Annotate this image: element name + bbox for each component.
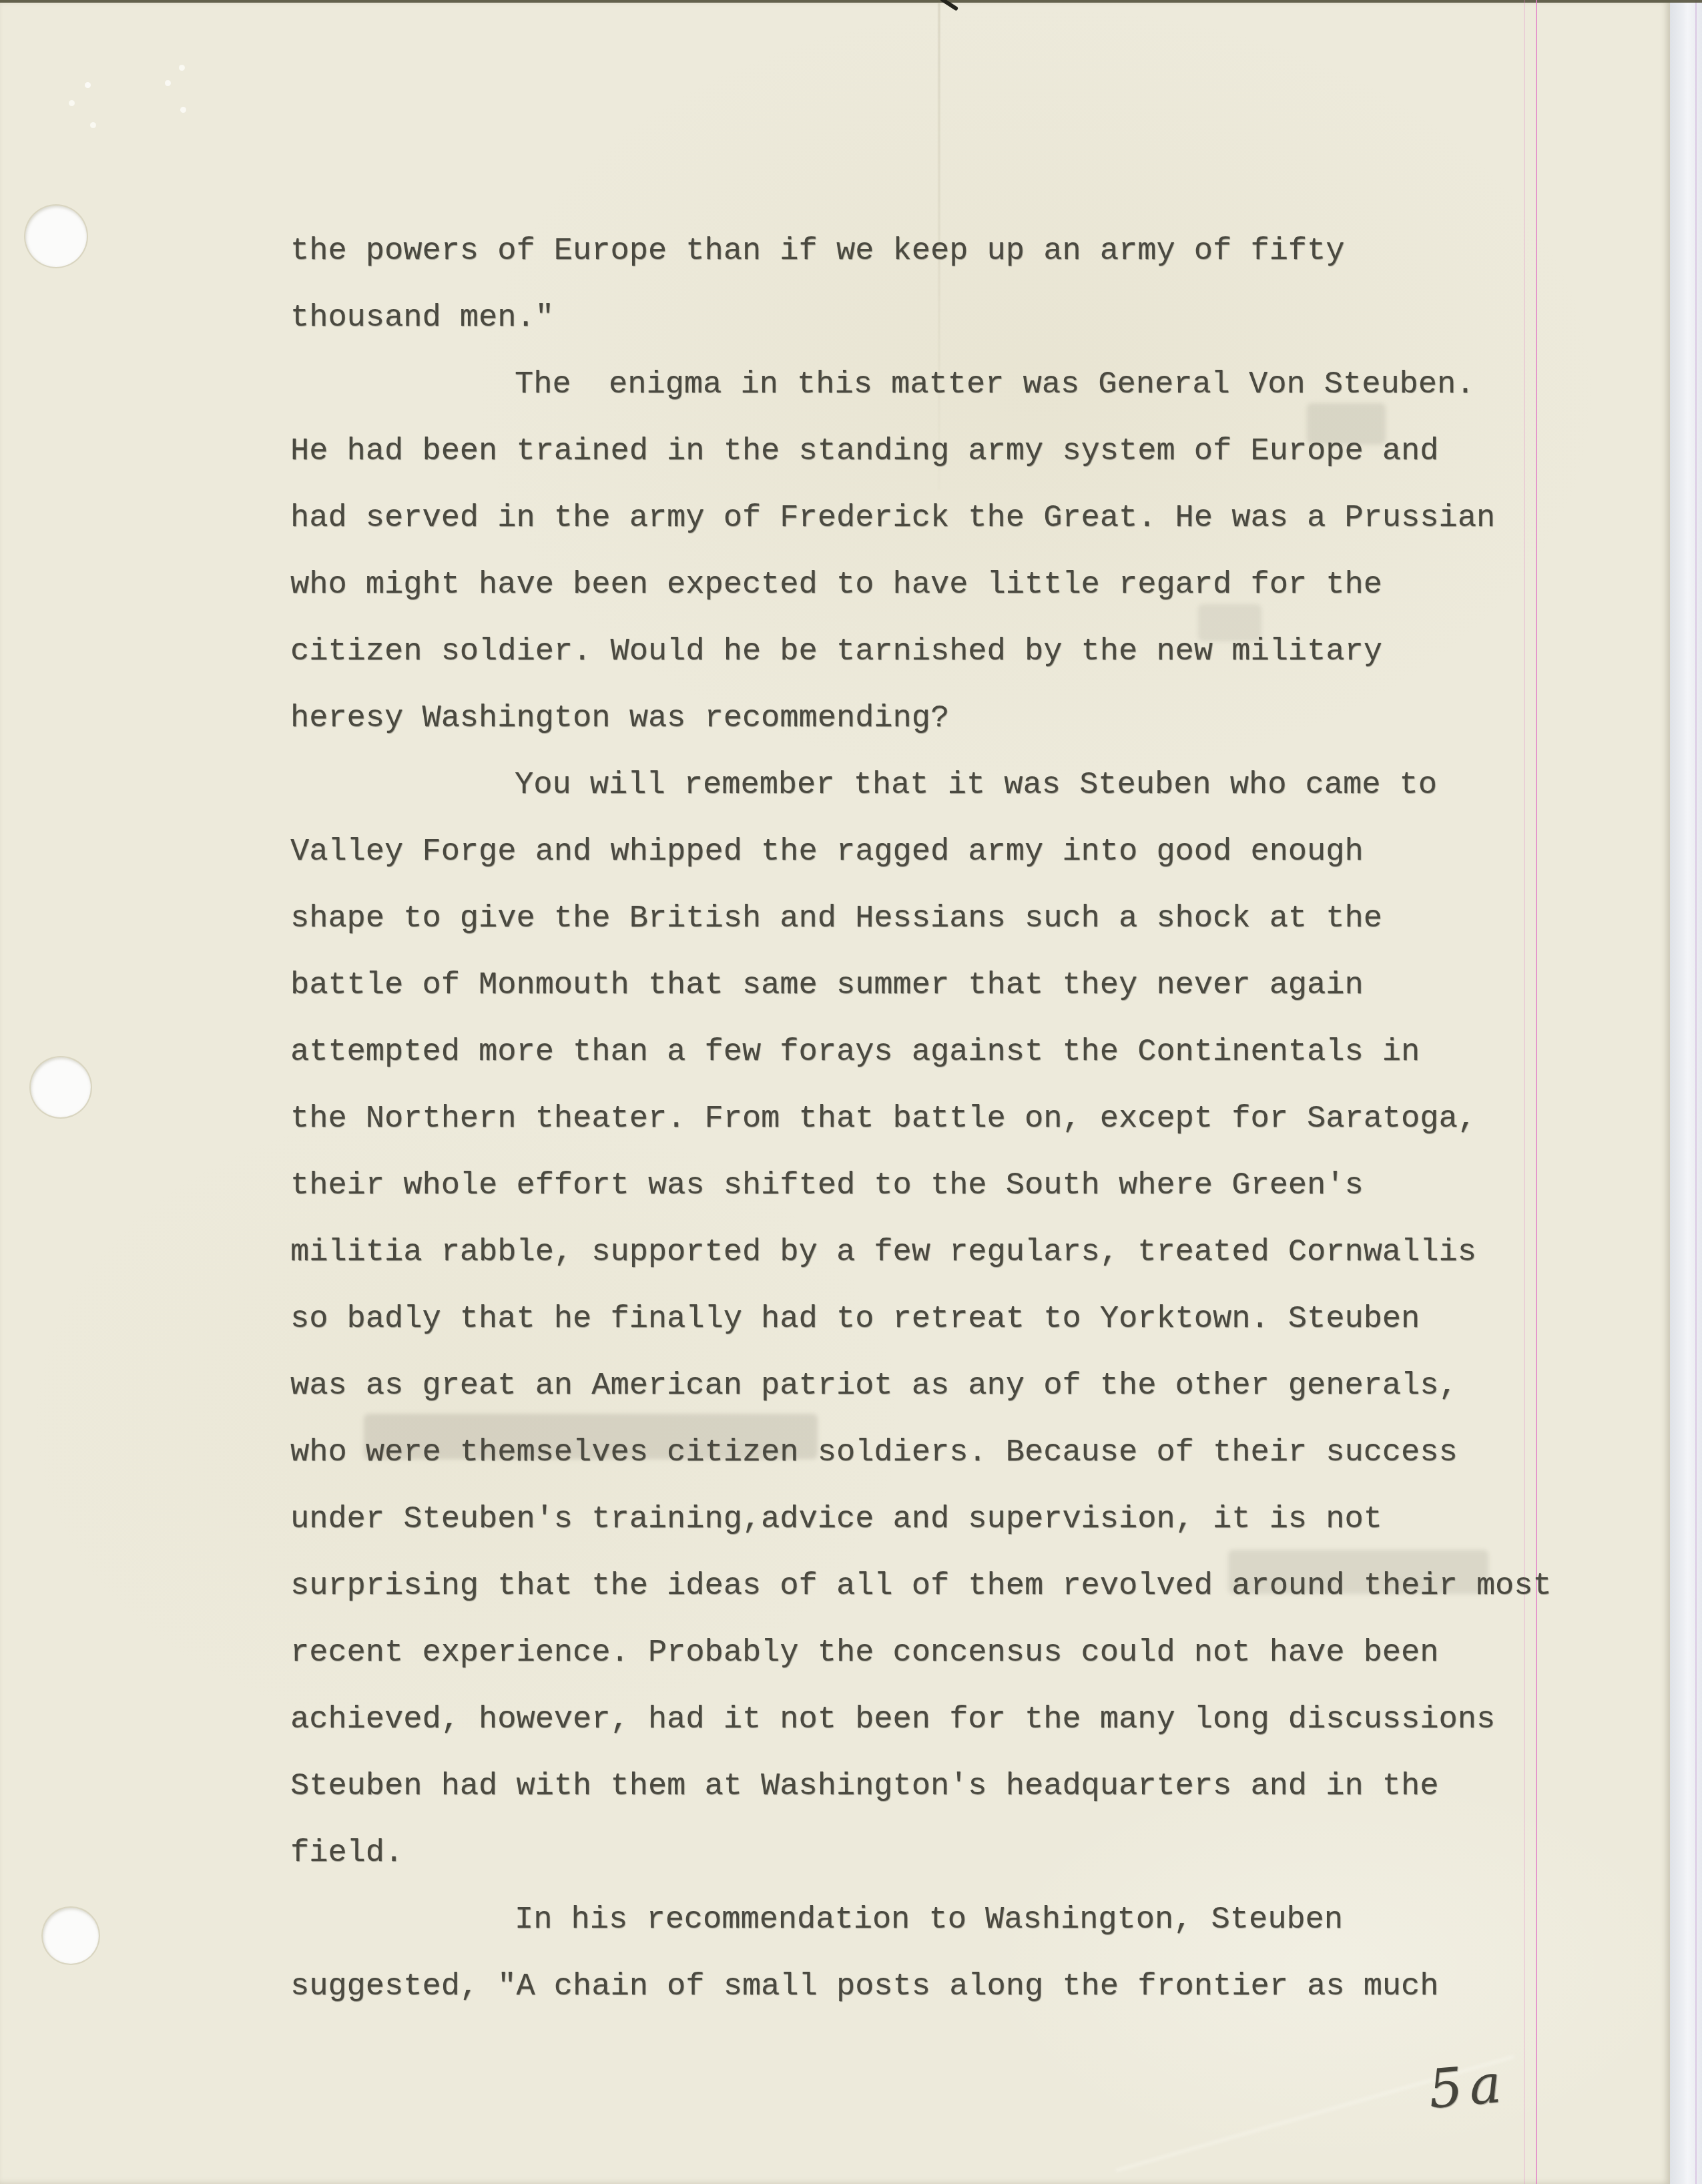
text-line: achieved, however, had it not been for t…: [290, 1687, 1652, 1753]
scanner-bed-strip: [1670, 0, 1702, 2184]
punch-hole-middle: [31, 1057, 91, 1117]
text-line: citizen soldier. Would he be tarnished b…: [290, 619, 1652, 686]
text-line: Steuben had with them at Washington's he…: [290, 1753, 1652, 1820]
punch-hole-top: [25, 206, 87, 267]
text-line: thousand men.": [290, 285, 1652, 352]
text-line: He had been trained in the standing army…: [290, 419, 1652, 485]
text-line: battle of Monmouth that same summer that…: [290, 952, 1652, 1019]
text-line: The enigma in this matter was General Vo…: [290, 352, 1652, 419]
text-line: had served in the army of Frederick the …: [290, 485, 1652, 552]
scanner-artifact-line: [1695, 0, 1697, 2184]
scanned-typescript-page: the powers of Europe than if we keep up …: [0, 0, 1702, 2184]
text-line: surprising that the ideas of all of them…: [290, 1553, 1652, 1620]
text-line: who might have been expected to have lit…: [290, 552, 1652, 619]
scan-top-edge: [0, 0, 1702, 3]
punch-hole-bottom: [43, 1908, 99, 1964]
text-line: attempted more than a few forays against…: [290, 1019, 1652, 1086]
text-line: the powers of Europe than if we keep up …: [290, 218, 1652, 285]
text-line: In his recommendation to Washington, Ste…: [290, 1887, 1652, 1954]
text-line: suggested, "A chain of small posts along…: [290, 1954, 1652, 2020]
typescript-body: the powers of Europe than if we keep up …: [290, 218, 1652, 2020]
text-line: so badly that he finally had to retreat …: [290, 1286, 1652, 1353]
text-line: who were themselves citizen soldiers. Be…: [290, 1420, 1652, 1486]
text-line: militia rabble, supported by a few regul…: [290, 1219, 1652, 1286]
text-line: You will remember that it was Steuben wh…: [290, 752, 1652, 819]
text-line: recent experience. Probably the concensu…: [290, 1620, 1652, 1687]
text-line: heresy Washington was recommending?: [290, 686, 1652, 752]
text-line: field.: [290, 1820, 1652, 1887]
text-line: was as great an American patriot as any …: [290, 1353, 1652, 1420]
text-line: the Northern theater. From that battle o…: [290, 1086, 1652, 1153]
text-line: their whole effort was shifted to the So…: [290, 1153, 1652, 1219]
text-line: Valley Forge and whipped the ragged army…: [290, 819, 1652, 886]
text-line: shape to give the British and Hessians s…: [290, 886, 1652, 952]
staple-dimples: [85, 82, 91, 88]
text-line: under Steuben's training,advice and supe…: [290, 1486, 1652, 1553]
